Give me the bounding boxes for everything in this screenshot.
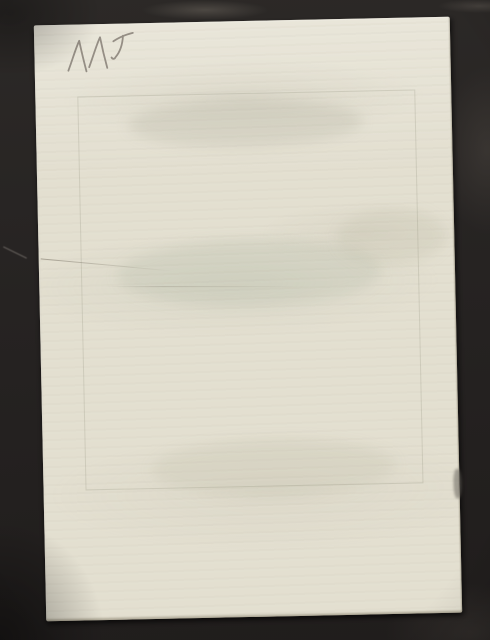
right-edge-smudge <box>453 469 462 499</box>
pencil-strokes <box>66 33 135 73</box>
pencil-inscription: 115 <box>63 29 148 85</box>
pencil-inscription-strokes <box>63 29 148 85</box>
background-scratch-mark <box>3 246 27 258</box>
pencil-stroke-digit-1a <box>66 40 86 72</box>
card-back: 115 <box>34 17 462 622</box>
photo-background: 115 <box>0 0 490 640</box>
pencil-stroke-digit-1b <box>87 37 107 69</box>
crease-line-lower <box>101 286 306 287</box>
